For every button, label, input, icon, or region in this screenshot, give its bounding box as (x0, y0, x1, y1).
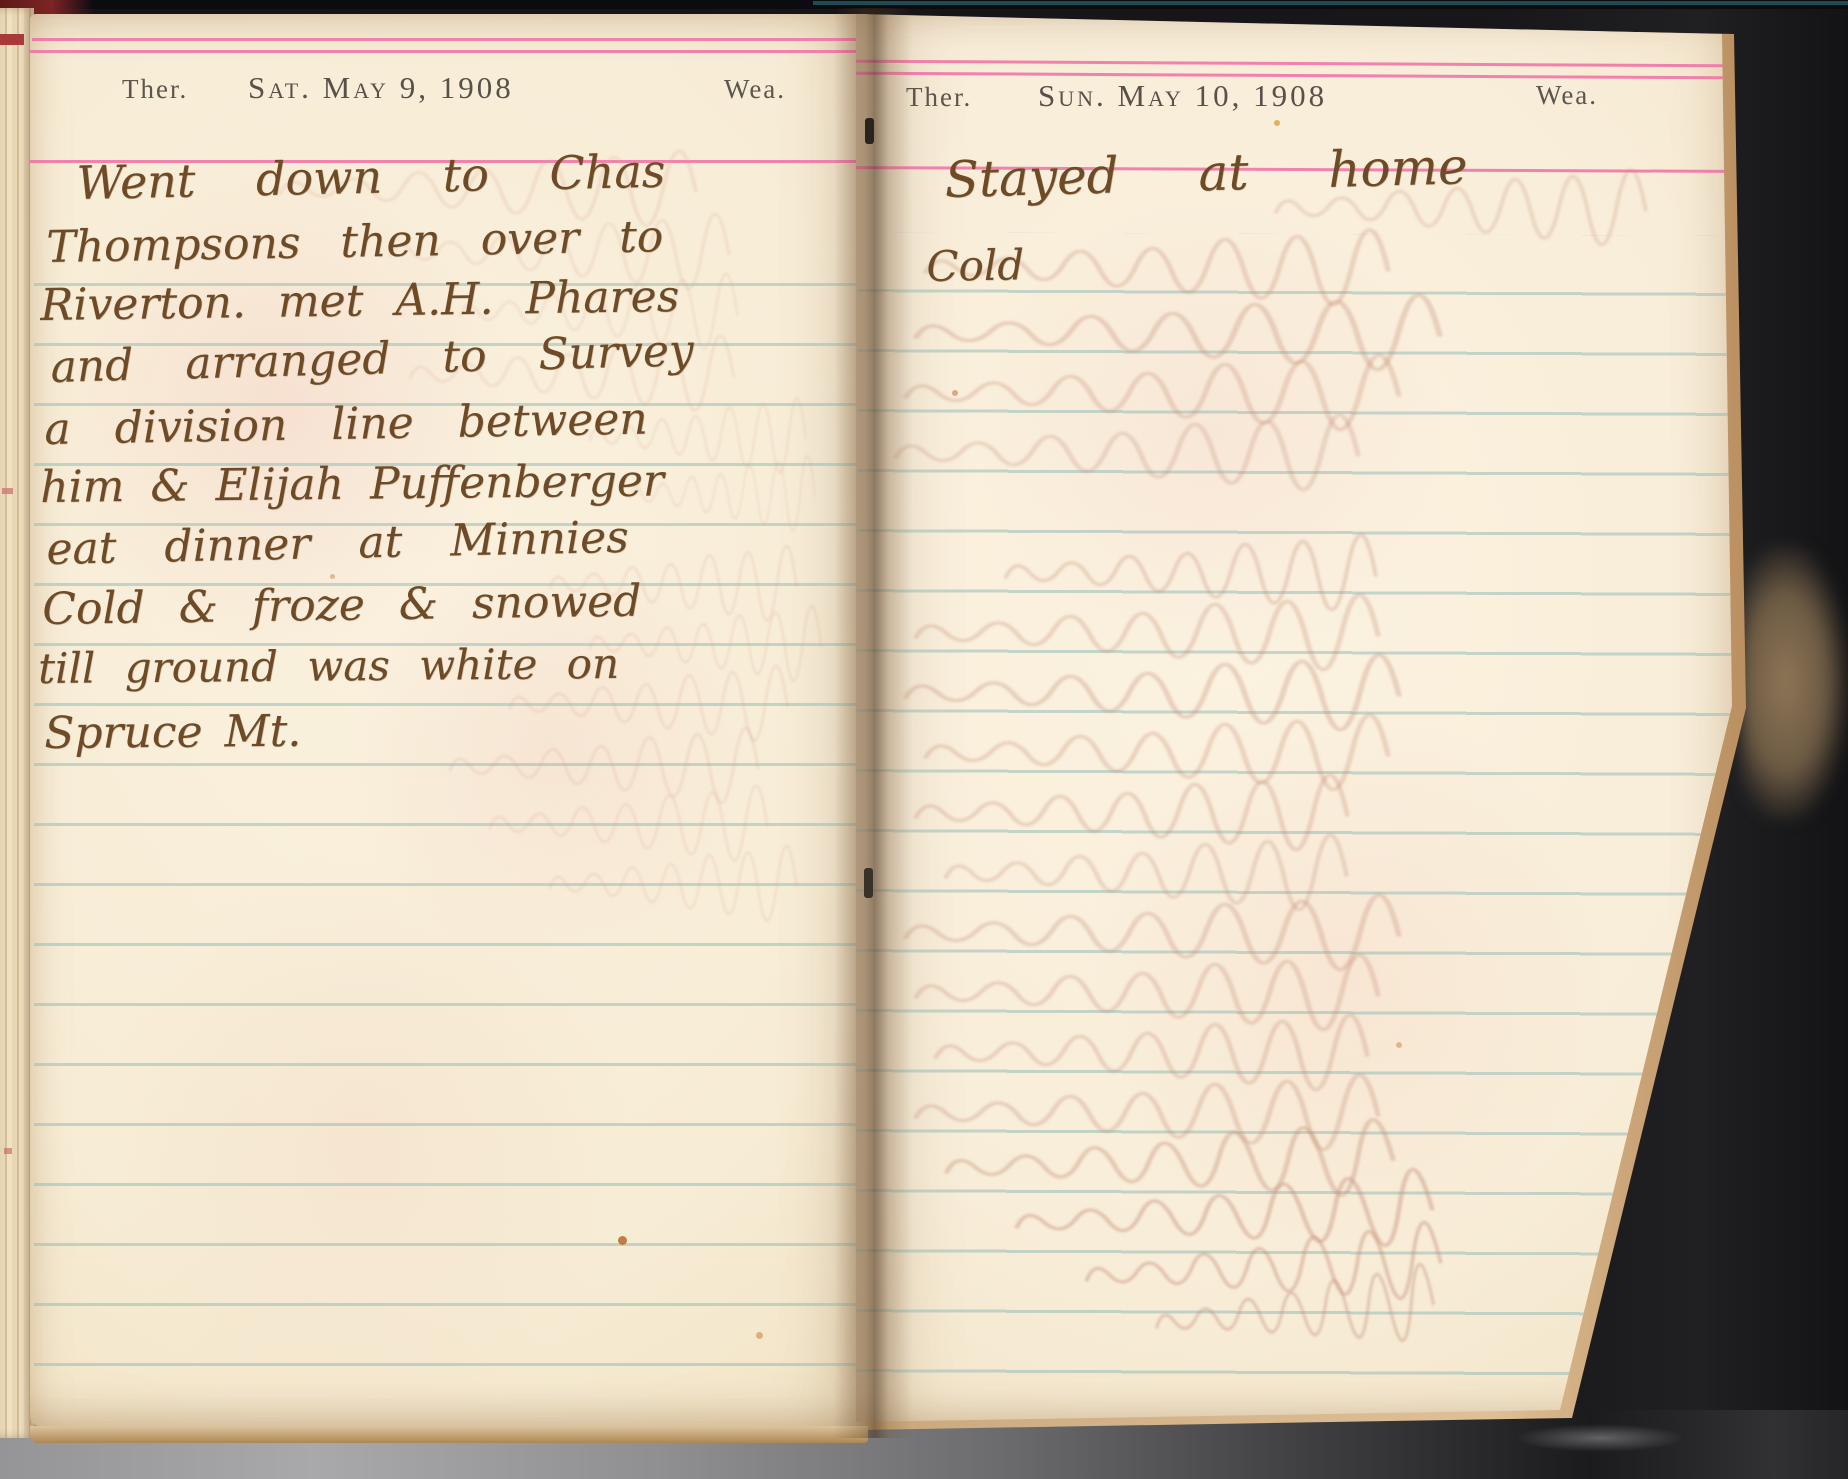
entry-line: Thompsons then over to (46, 215, 664, 270)
ther-label: Ther. (906, 82, 972, 113)
ruled-lines (853, 232, 1734, 1412)
entry-line: and arranged to Survey (50, 329, 694, 390)
wea-label: Wea. (1536, 80, 1598, 111)
ther-label: Ther. (122, 74, 188, 105)
entry-line: Riverton. met A.H. Phares (40, 275, 680, 328)
entry-line: till ground was white on (38, 643, 619, 690)
ink-stain (1274, 120, 1280, 126)
diary-scan-scene: Ther. Sat. May 9, 1908 Wea. (0, 0, 1848, 1479)
ink-stain (952, 390, 958, 396)
entry-line: Spruce Mt. (44, 710, 301, 756)
ink-stain (618, 1236, 627, 1245)
entry-line: Stayed at home (944, 141, 1468, 205)
diary-page-left: Ther. Sat. May 9, 1908 Wea. (30, 14, 868, 1426)
page-date-heading: Sat. May 9, 1908 (248, 70, 514, 106)
entry-line: a division line between (44, 397, 648, 452)
entry-line: him & Elijah Puffenberger (40, 459, 664, 510)
background-top-strip (0, 0, 1848, 9)
pink-rule-line (32, 38, 868, 41)
ink-stain (756, 1332, 763, 1339)
binding-stitch-mark (865, 118, 874, 144)
entry-line: eat dinner at Minnies (46, 516, 629, 572)
red-edge-mark (0, 34, 24, 45)
bottom-page-edges (30, 1426, 868, 1443)
entry-line: Went down to Chas (76, 148, 666, 206)
pink-rule-line (30, 50, 868, 53)
page-date-heading: Sun. May 10, 1908 (1038, 78, 1327, 114)
ink-stain (330, 574, 335, 579)
pink-rule-line (856, 60, 1734, 68)
binding-stitch-mark (864, 868, 873, 898)
entry-line: Cold & froze & snowed (42, 580, 642, 632)
red-edge-mark (4, 1148, 12, 1154)
ink-stain (1396, 1042, 1402, 1048)
page-edge-stack (0, 8, 34, 1438)
entry-line: Cold (926, 244, 1024, 288)
blurred-background-object (1740, 545, 1848, 820)
red-edge-mark (2, 488, 13, 494)
wea-label: Wea. (724, 74, 786, 105)
